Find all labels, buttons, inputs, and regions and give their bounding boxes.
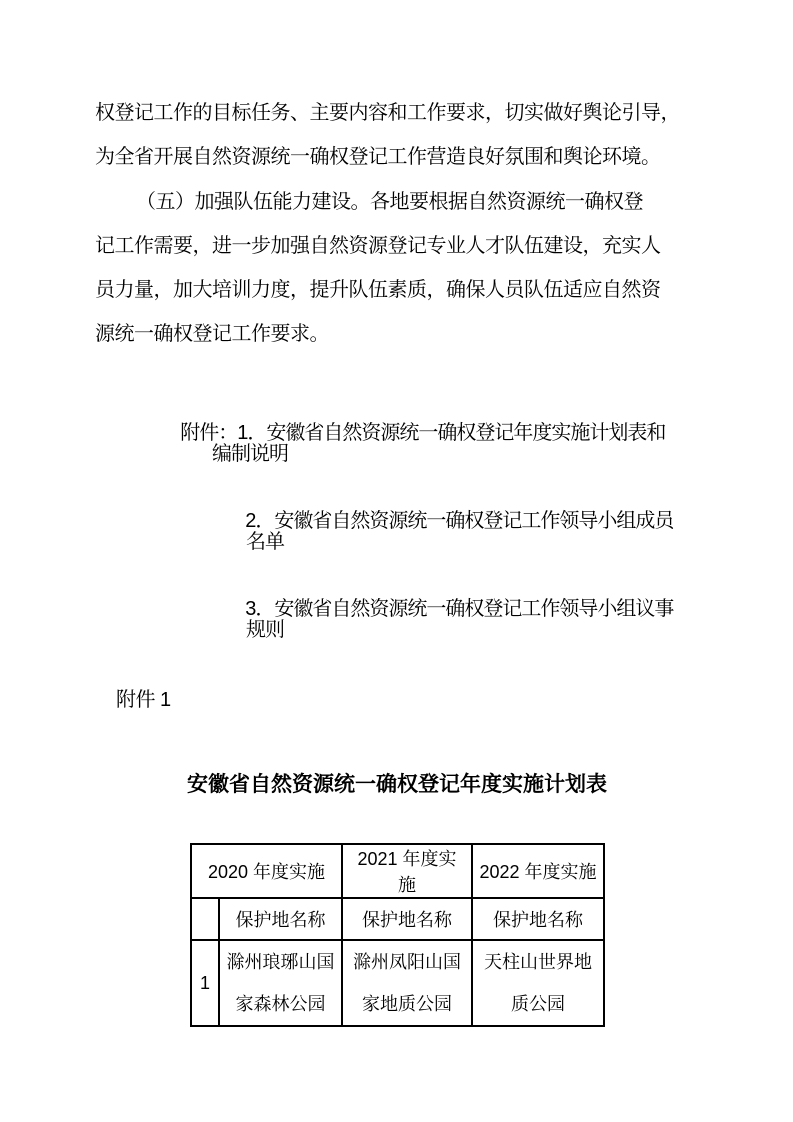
attachment-item-3-line-1: 3．安徽省自然资源统一确权登记工作领导小组议事 (227, 575, 673, 644)
attachment-item-1-line-2: 编制说明 (212, 443, 288, 466)
name-header-2020: 保护地名称 (219, 898, 342, 940)
attachment-number: 1． (237, 422, 266, 444)
body-text-line: （五）加强队伍能力建设。各地要根据自然资源统一确权登 (136, 191, 643, 214)
protected-area-2020: 滁州琅琊山国家森林公园 (219, 940, 342, 1026)
plan-table: 2020 年度实施 2021 年度实施 2022 年度实施 保护地名称 保护地名… (190, 843, 605, 1027)
attachment-number: 2． (245, 510, 274, 532)
body-text-line: 记工作需要，进一步加强自然资源登记专业人才队伍建设，充实人 (95, 235, 661, 258)
body-text-line: 权登记工作的目标任务、主要内容和工作要求，切实做好舆论引导， (95, 102, 680, 125)
attachment-title: 安徽省自然资源统一确权登记工作领导小组议事 (274, 598, 673, 620)
attachment-title: 安徽省自然资源统一确权登记工作领导小组成员 (274, 510, 673, 532)
name-header-2021: 保护地名称 (342, 898, 472, 940)
attachment-item-3-line-2: 规则 (246, 619, 284, 642)
attachment-item-2-line-1: 2．安徽省自然资源统一确权登记工作领导小组成员 (227, 487, 673, 556)
body-text-line: 为全省开展自然资源统一确权登记工作营造良好氛围和舆论环境。 (95, 146, 661, 169)
body-text-line: 源统一确权登记工作要求。 (95, 323, 329, 346)
protected-area-2022: 天柱山世界地质公园 (472, 940, 604, 1026)
table-year-header-row: 2020 年度实施 2021 年度实施 2022 年度实施 (191, 844, 604, 898)
name-header-2022: 保护地名称 (472, 898, 604, 940)
year-header-2022: 2022 年度实施 (472, 844, 604, 898)
attachments-heading: 附件： (180, 422, 237, 444)
protected-area-2021: 滁州凤阳山国家地质公园 (342, 940, 472, 1026)
attachment-title: 安徽省自然资源统一确权登记年度实施计划表和 (266, 422, 665, 444)
table-title: 安徽省自然资源统一确权登记年度实施计划表 (95, 768, 699, 798)
table-row: 1 滁州琅琊山国家森林公园 滁州凤阳山国家地质公园 天柱山世界地质公园 (191, 940, 604, 1026)
document-page: 权登记工作的目标任务、主要内容和工作要求，切实做好舆论引导， 为全省开展自然资源… (0, 0, 793, 1122)
attachment-number: 3． (245, 598, 274, 620)
attachment-item-2-line-2: 名单 (246, 531, 284, 554)
year-header-2021: 2021 年度实施 (342, 844, 472, 898)
year-header-2020: 2020 年度实施 (191, 844, 342, 898)
body-text-line: 员力量，加大培训力度，提升队伍素质，确保人员队伍适应自然资 (95, 279, 661, 302)
appendix-label: 附件 1 (116, 689, 171, 712)
row-number-header-cell (191, 898, 219, 940)
row-number-cell: 1 (191, 940, 219, 1026)
table-subheader-row: 保护地名称 保护地名称 保护地名称 (191, 898, 604, 940)
